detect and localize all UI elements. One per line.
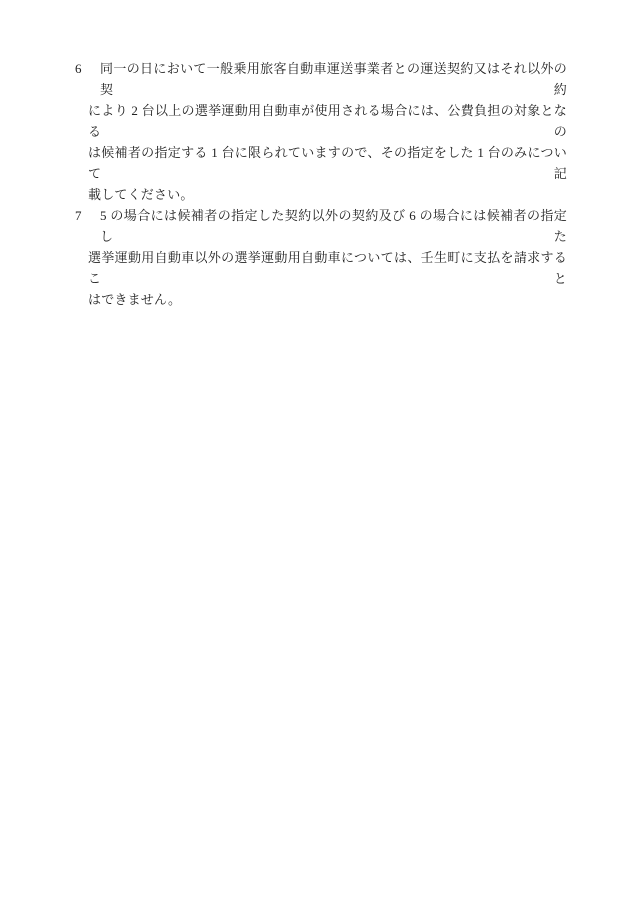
list-item: 75 の場合には候補者の指定した契約以外の契約及び 6 の場合には候補者の指定し…	[75, 205, 567, 310]
document-body: 6同一の日において一般乗用旅客自動車運送事業者との運送契約又はそれ以外の契約によ…	[75, 58, 567, 310]
text-line: 同一の日において一般乗用旅客自動車運送事業者との運送契約又はそれ以外の契約	[75, 58, 567, 100]
text-line: 選挙運動用自動車以外の選挙運動用自動車については、壬生町に支払を請求すること	[75, 247, 567, 289]
text-line: 載してください。	[75, 184, 567, 205]
text-line: により 2 台以上の選挙運動用自動車が使用される場合には、公費負担の対象となるの	[75, 100, 567, 142]
text-line: は候補者の指定する 1 台に限られていますので、その指定をした 1 台のみについ…	[75, 142, 567, 184]
list-item: 6同一の日において一般乗用旅客自動車運送事業者との運送契約又はそれ以外の契約によ…	[75, 58, 567, 205]
item-number: 7	[75, 205, 88, 226]
document-page: 6同一の日において一般乗用旅客自動車運送事業者との運送契約又はそれ以外の契約によ…	[0, 0, 630, 903]
item-number: 6	[75, 58, 88, 79]
text-line: 5 の場合には候補者の指定した契約以外の契約及び 6 の場合には候補者の指定した	[75, 205, 567, 247]
text-line: はできません。	[75, 289, 567, 310]
